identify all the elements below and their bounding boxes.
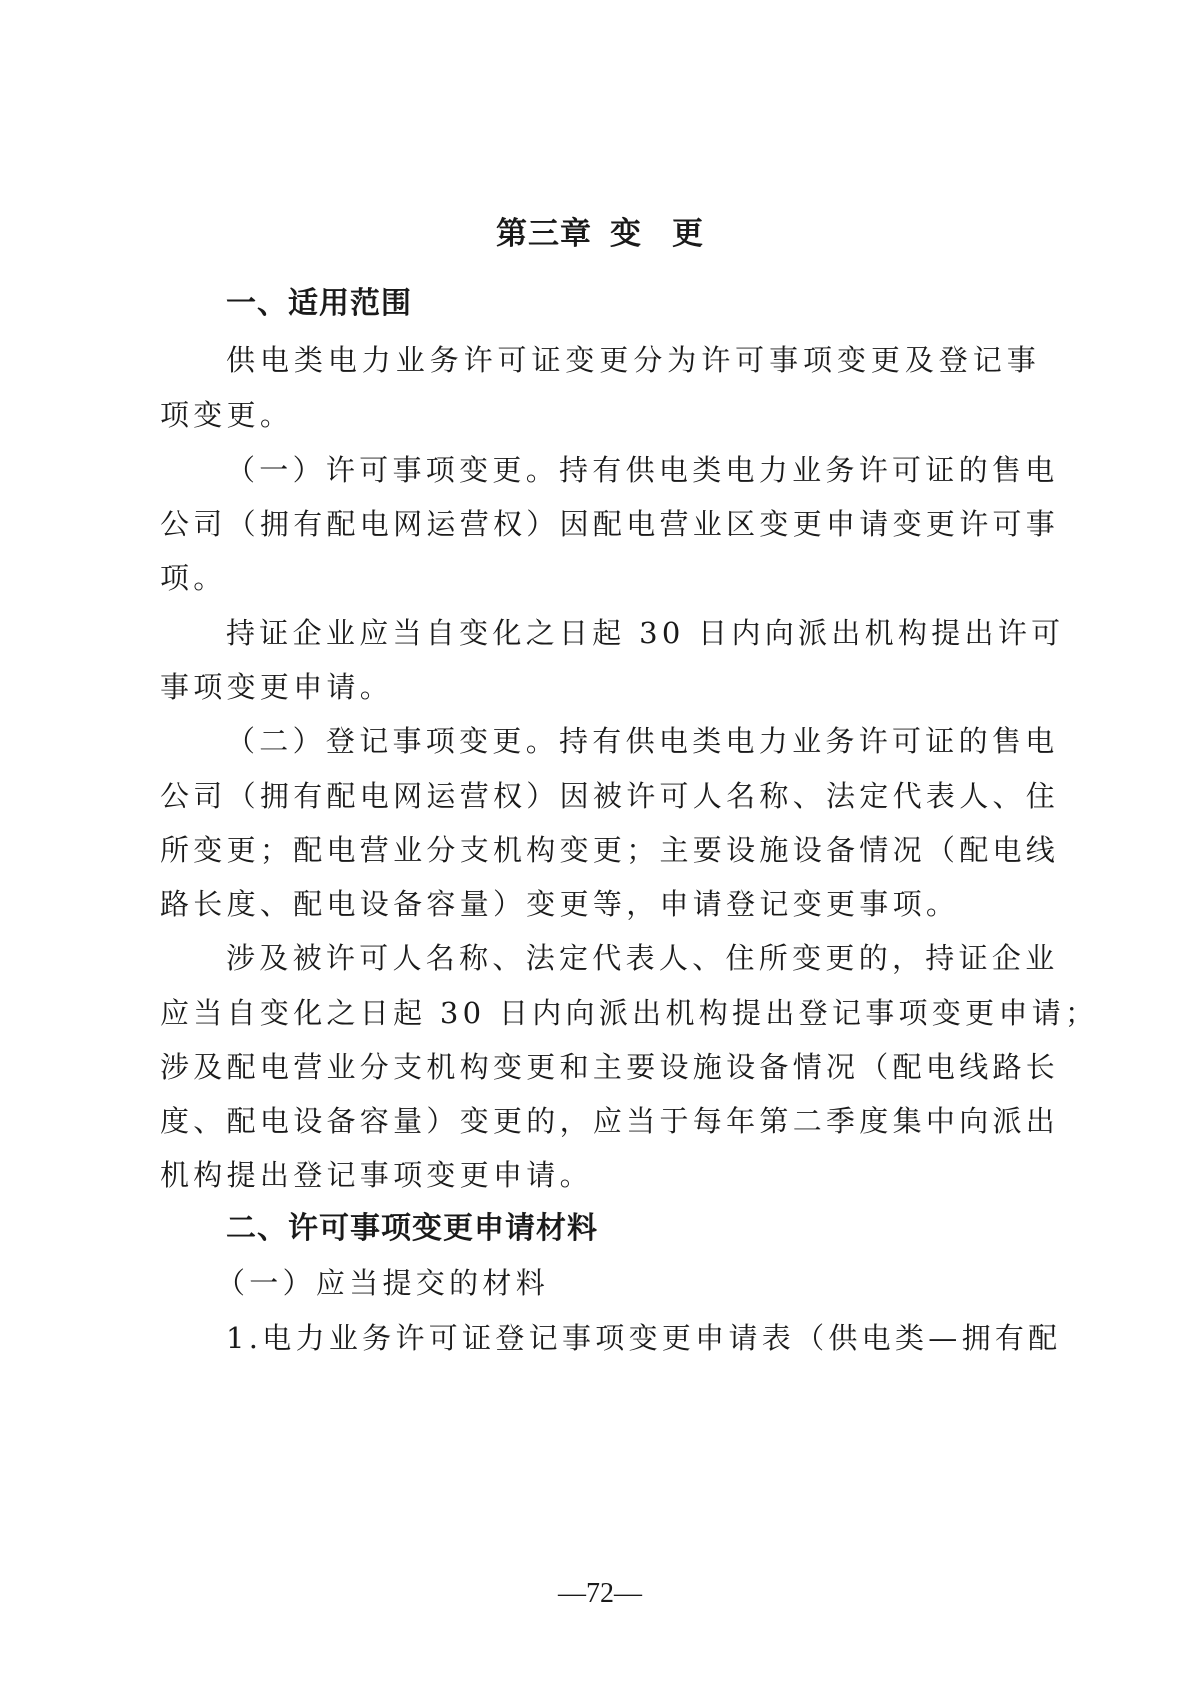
- paragraph-line: （一）许可事项变更。持有供电类电力业务许可证的售电: [226, 450, 1040, 490]
- paragraph-line: 机构提出登记事项变更申请。: [160, 1155, 1040, 1195]
- document-page: 第三章变更 一、适用范围 供电类电力业务许可证变更分为许可事项变更及登记事 项变…: [0, 0, 1200, 1696]
- paragraph-line: 持证企业应当自变化之日起 30 日内向派出机构提出许可: [226, 613, 1040, 653]
- paragraph-line: 涉及配电营业分支机构变更和主要设施设备情况（配电线路长: [160, 1047, 1040, 1087]
- page-number: —72—: [0, 1576, 1200, 1612]
- chapter-label: 第三章: [496, 216, 592, 252]
- paragraph-line: 1.电力业务许可证登记事项变更申请表（供电类—拥有配: [226, 1318, 1040, 1358]
- chapter-title-char-2: 更: [672, 216, 704, 252]
- paragraph-line: 事项变更申请。: [160, 667, 1040, 707]
- paragraph-line: 所变更；配电营业分支机构变更；主要设施设备情况（配电线: [160, 830, 1040, 870]
- paragraph-line: 应当自变化之日起 30 日内向派出机构提出登记事项变更申请；: [160, 993, 1040, 1033]
- paragraph-line: 涉及被许可人名称、法定代表人、住所变更的，持证企业: [226, 938, 1040, 978]
- paragraph-line: 供电类电力业务许可证变更分为许可事项变更及登记事: [226, 340, 1040, 380]
- paragraph-line: 度、配电设备容量）变更的，应当于每年第二季度集中向派出: [160, 1101, 1040, 1141]
- subsection-heading: （一）应当提交的材料: [216, 1263, 1096, 1303]
- paragraph-line: 公司（拥有配电网运营权）因配电营业区变更申请变更许可事: [160, 504, 1040, 544]
- paragraph-line: 路长度、配电设备容量）变更等，申请登记变更事项。: [160, 884, 1040, 924]
- section-heading-materials: 二、许可事项变更申请材料: [226, 1209, 1106, 1249]
- paragraph-line: 公司（拥有配电网运营权）因被许可人名称、法定代表人、住: [160, 776, 1040, 816]
- section-heading-scope: 一、适用范围: [226, 284, 1106, 324]
- paragraph-line: 项。: [160, 558, 1040, 598]
- chapter-title: 第三章变更: [0, 214, 1200, 254]
- paragraph-line: 项变更。: [160, 395, 1040, 435]
- paragraph-line: （二）登记事项变更。持有供电类电力业务许可证的售电: [226, 721, 1040, 761]
- chapter-title-char-1: 变: [610, 216, 642, 252]
